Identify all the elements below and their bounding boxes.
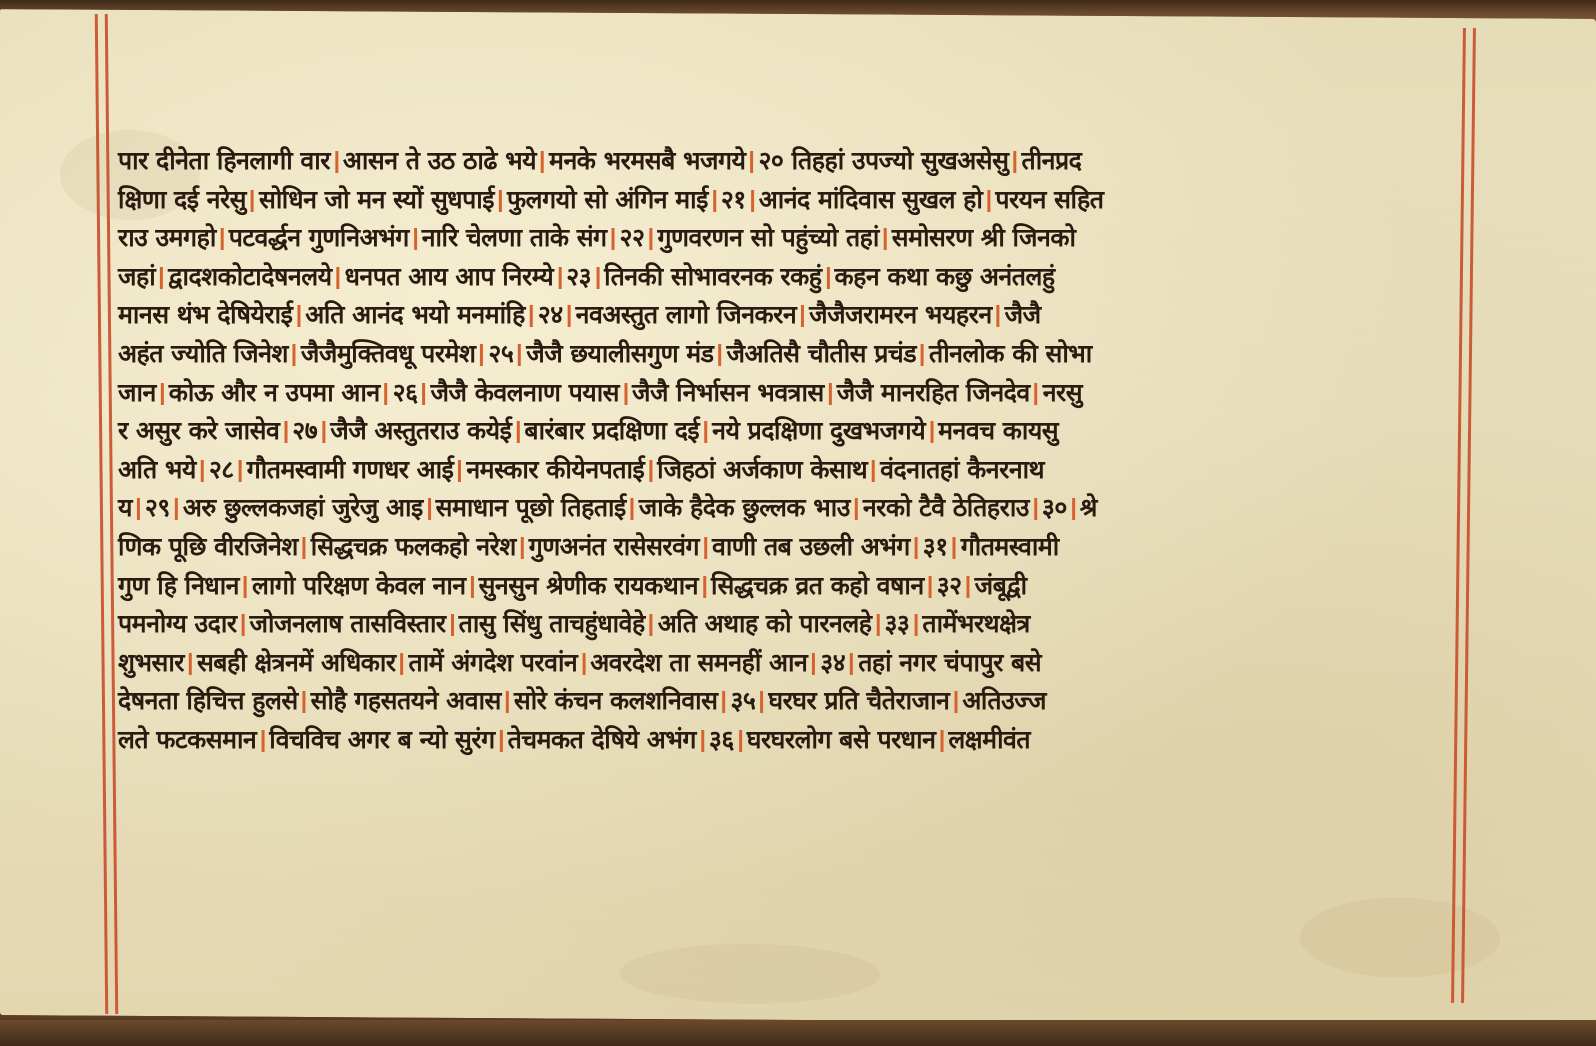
text-line: मानस थंभ देषियेराईअति आनंद भयो मनमांहि२४… [118,296,1454,335]
text-segment: सिद्धचक्र फलकहो नरेश [311,532,516,561]
text-segment: पटवर्द्धन गुणनिअभंग [229,223,409,252]
manuscript-bottom-edge [0,1020,1596,1046]
verse-marker-red [954,691,957,713]
text-segment: ३२ [937,571,962,600]
text-segment: फुलगयो सो अंगिन माई [507,185,708,214]
text-segment: गुणअनंत रासेसरवंग [529,532,699,561]
verse-marker-red [201,460,204,482]
verse-marker-red [521,537,524,559]
text-segment: पार दीनेता हिनलागी वार [118,146,330,175]
verse-marker-red [506,691,509,713]
verse-marker-red [242,614,245,636]
text-segment: २२ [620,223,645,252]
text-segment: नये प्रदक्षिणा दुखभजगये [712,416,925,445]
verse-marker-red [451,614,454,636]
verse-marker-red [337,267,340,289]
text-line: जहांद्वादशकोटादेषनलयेधनपत आय आप निरम्ये२… [118,258,1454,297]
text-segment: श्रे [1080,493,1097,522]
text-segment: जैजै अस्तुतराउ कयेई [330,416,511,445]
text-segment: नरसु [1043,378,1082,407]
text-line: क्षिणा दई नरेसुसोधिन जो मन स्यों सुधपाईफ… [118,181,1454,220]
verse-marker-red [704,537,707,559]
text-segment: तीनप्रद [1021,146,1081,175]
verse-marker-red [1072,498,1075,520]
verse-marker-red [303,691,306,713]
text-segment: समाधान पूछो तिहताई [436,493,626,522]
text-segment: अति भये [118,455,196,484]
text-line: गुण हि निधानलागो परिक्षण केवल नानसुनसुन … [118,567,1454,606]
verse-marker-red [915,537,918,559]
text-segment: परयन सहित [995,185,1103,214]
verse-marker-red [872,460,875,482]
verse-marker-red [649,460,652,482]
text-segment: २८ [209,455,234,484]
verse-marker-red [631,498,634,520]
text-segment: जैजै [1005,300,1041,329]
text-segment: २७ [292,416,317,445]
verse-marker-red [812,653,815,675]
text-segment: बारंबार प्रदक्षिणा दई [524,416,699,445]
text-segment: अति अथाह को पारनलहे [658,609,872,638]
text-segment: जान [118,378,156,407]
text-segment: जाके हैदेक छुल्लक भाउ [639,493,850,522]
verse-marker-red [1014,151,1017,173]
verse-marker-red [929,576,932,598]
text-segment: क्षिणा दई नरेसु [118,185,246,214]
text-segment: कोऊ और न उपमा आन [169,378,380,407]
text-line: पमनोग्य उदारजोजनलाष तासविस्तारतासु सिंधु… [118,605,1454,644]
text-segment: तीनलोक की सोभा [929,339,1092,368]
verse-marker-red [930,421,933,443]
text-segment: जैजैमुक्तिवधू परमेश [301,339,476,368]
verse-marker-red [722,691,725,713]
text-line: देषनता हिचित्त हुलसेसोहै गहसतयने अवाससोर… [118,682,1454,721]
text-segment: आसन ते उठ ठाढे भये [343,146,536,175]
text-segment: वंदनातहां कैनरनाथ [880,455,1044,484]
text-segment: जैजैजरामरन भयहरन [809,300,992,329]
text-line: लते फटकसमानविचविच अगर ब न्यो सुरंगतेचमकत… [118,721,1454,760]
verse-marker-red [829,383,832,405]
text-segment: ३५ [730,686,755,715]
verse-marker-red [335,151,338,173]
verse-marker-red [458,460,461,482]
verse-marker-red [612,228,615,250]
text-segment: ३० [1042,493,1067,522]
text-segment: सोधिन जो मन स्यों सुधपाई [259,185,494,214]
text-segment: नारि चेलणा ताके संग [422,223,607,252]
text-segment: सोरे कंचन कलशनिवास [514,686,718,715]
text-segment: तेचमकत देषिये अभंग [508,725,696,754]
verse-marker-red [385,383,388,405]
verse-marker-red [701,730,704,752]
text-segment: सिद्धचक्र व्रत कहो वषान [711,571,924,600]
text-segment: तिनकी सोभावरनक रकहुं [604,262,821,291]
verse-marker-red [558,267,561,289]
text-segment: जिहठां अर्जकाण केसाथ [657,455,867,484]
text-segment: ३४ [820,648,845,677]
verse-marker-red [760,691,763,713]
verse-marker-red [953,537,956,559]
text-segment: अरु छुल्लकजहां जुरेजु आइ [183,493,423,522]
text-segment: जैजै निर्भासन भवत्रास [632,378,824,407]
text-segment: विचविच अगर ब न्यो सुरंग [269,725,494,754]
text-segment: वाणी तब उछली अभंग [712,532,910,561]
verse-marker-red [428,498,431,520]
text-line: जानकोऊ और न उपमा आन२६जैजै केवलनाण पयासजै… [118,374,1454,413]
text-segment: सोहै गहसतयने अवास [311,686,501,715]
text-segment: जोजनलाष तासविस्तार [250,609,446,638]
verse-marker-red [293,344,296,366]
text-segment: जैअतिसै चौतीस प्रचंड [726,339,916,368]
verse-marker-red [161,383,164,405]
text-segment: गुण हि निधान [118,571,239,600]
verse-marker-red [1034,498,1037,520]
paper-stain [1300,897,1500,978]
verse-marker-red [997,305,1000,327]
verse-marker-red [297,305,300,327]
text-segment: गौतमस्वामी गणधर आई [247,455,454,484]
verse-marker-red [518,344,521,366]
text-line: र असुर करे जासेव२७जैजै अस्तुतराउ कयेईबार… [118,412,1454,451]
text-segment: द्वादशकोटादेषनलये [168,262,331,291]
verse-marker-red [596,267,599,289]
text-segment: लागो परिक्षण केवल नान [252,571,466,600]
text-segment: घरघर प्रति चैतेराजान [768,686,949,715]
text-segment: तासु सिंधु ताचहुंधावेहे [459,609,645,638]
text-segment: नमस्कार कीयेनपताई [466,455,644,484]
verse-marker-red [471,576,474,598]
verse-marker-red [914,614,917,636]
verse-marker-red [718,344,721,366]
text-segment: २० तिहहां उपज्यो सुखअसेसु [758,146,1008,175]
text-segment: मानस थंभ देषियेराई [118,300,292,329]
verse-marker-red [967,576,970,598]
verse-marker-red [500,730,503,752]
text-segment: ३१ [923,532,948,561]
text-segment: नवअस्तुत लागो जिनकरन [576,300,797,329]
text-segment: तामें अंगदेश परवांन [409,648,578,677]
verse-marker-red [987,190,990,212]
text-segment: गौतमस्वामी [961,532,1059,561]
text-segment: णिक पूछि वीरजिनेश [118,532,298,561]
verse-marker-red [624,383,627,405]
text-line: अहंत ज्योति जिनेशजैजैमुक्तिवधू परमेश२५जै… [118,335,1454,374]
verse-marker-red [499,190,502,212]
text-segment: राउ उमगहो [118,223,216,252]
text-segment: लक्षमीवंत [948,725,1030,754]
text-segment: अवरदेश ता समनहीं आन [590,648,807,677]
text-segment: आनंद मांदिवास सुखल हो [759,185,983,214]
verse-marker-red [940,730,943,752]
text-segment: तामेंभरथक्षेत्र [922,609,1029,638]
verse-marker-red [480,344,483,366]
verse-marker-red [751,190,754,212]
text-segment: सुनसुन श्रेणीक रायकथान [479,571,698,600]
verse-marker-red [423,383,426,405]
text-segment: धनपत आय आप निरम्ये [345,262,554,291]
text-segment: मनवच कायसु [938,416,1058,445]
text-segment: र असुर करे जासेव [118,416,279,445]
text-segment: पमनोग्य उदार [118,609,237,638]
verse-marker-red [704,421,707,443]
verse-marker-red [516,421,519,443]
verse-marker-red [1035,383,1038,405]
text-segment: ३३ [884,609,909,638]
text-segment: अतिउज्ज [962,686,1046,715]
text-segment: २६ [393,378,418,407]
text-segment: देषनता हिचित्त हुलसे [118,686,298,715]
verse-marker-red [703,576,706,598]
verse-marker-red [401,653,404,675]
text-line: राउ उमगहोपटवर्द्धन गुणनिअभंगनारि चेलणा त… [118,219,1454,258]
text-segment: २१ [721,185,746,214]
paper-stain [620,943,880,1005]
verse-marker-red [414,228,417,250]
verse-marker-red [826,267,829,289]
text-segment: २९ [145,493,170,522]
verse-marker-red [189,653,192,675]
verse-marker-red [568,305,571,327]
text-segment: गुणवरणन सो पहुंच्यो तहां [657,223,878,252]
verse-marker-red [876,614,879,636]
verse-marker-red [921,344,924,366]
verse-marker-red [244,576,247,598]
text-line: शुभसारसबही क्षेत्रनमें अधिकारतामें अंगदे… [118,644,1454,683]
text-segment: तहां नगर चंपापुर बसे [858,648,1041,677]
verse-marker-red [284,421,287,443]
text-line: अति भये२८गौतमस्वामी गणधर आईनमस्कार कीयेन… [118,451,1454,490]
manuscript-text-block: पार दीनेता हिनलागी वारआसन ते उठ ठाढे भये… [118,142,1458,760]
text-segment: जहां [118,262,155,291]
verse-marker-red [261,730,264,752]
text-segment: २३ [566,262,591,291]
verse-marker-red [855,498,858,520]
verse-marker-red [750,151,753,173]
verse-marker-red [850,653,853,675]
text-segment: नरको टैवै ठेतिहराउ [863,493,1029,522]
text-line: पार दीनेता हिनलागी वारआसन ते उठ ठाढे भये… [118,142,1454,181]
text-segment: २५ [488,339,513,368]
verse-marker-red [530,305,533,327]
text-segment: मनके भरमसबै भजगये [549,146,745,175]
verse-marker-red [322,421,325,443]
text-segment: लते फटकसमान [118,725,256,754]
text-segment: जैजै छयालीसगुण मंड [526,339,713,368]
text-segment: समोसरण श्री जिनको [892,223,1076,252]
verse-marker-red [175,498,178,520]
verse-marker-red [541,151,544,173]
verse-marker-red [239,460,242,482]
text-segment: अति आनंद भयो मनमांहि [305,300,525,329]
text-segment: कहन कथा कछु अनंतलहुं [834,262,1054,291]
verse-marker-red [801,305,804,327]
verse-marker-red [649,228,652,250]
verse-marker-red [650,614,653,636]
verse-marker-red [739,730,742,752]
text-segment: शुभसार [118,648,184,677]
verse-marker-red [251,190,254,212]
verse-marker-red [221,228,224,250]
text-segment: २४ [538,300,563,329]
text-segment: ३६ [709,725,734,754]
verse-marker-red [137,498,140,520]
verse-marker-red [713,190,716,212]
text-segment: घरघरलोग बसे परधान [747,725,936,754]
text-segment: सबही क्षेत्रनमें अधिकार [197,648,396,677]
text-segment: जंबूद्वी [975,571,1027,600]
text-segment: अहंत ज्योति जिनेश [118,339,288,368]
text-segment: जैजै केवलनाण पयास [431,378,619,407]
text-segment: जैजै मानरहित जिनदेव [837,378,1030,407]
text-line: य२९अरु छुल्लकजहां जुरेजु आइसमाधान पूछो त… [118,489,1454,528]
text-line: णिक पूछि वीरजिनेशसिद्धचक्र फलकहो नरेशगुण… [118,528,1454,567]
verse-marker-red [582,653,585,675]
verse-marker-red [160,267,163,289]
verse-marker-red [303,537,306,559]
text-segment: य [118,493,132,522]
verse-marker-red [884,228,887,250]
